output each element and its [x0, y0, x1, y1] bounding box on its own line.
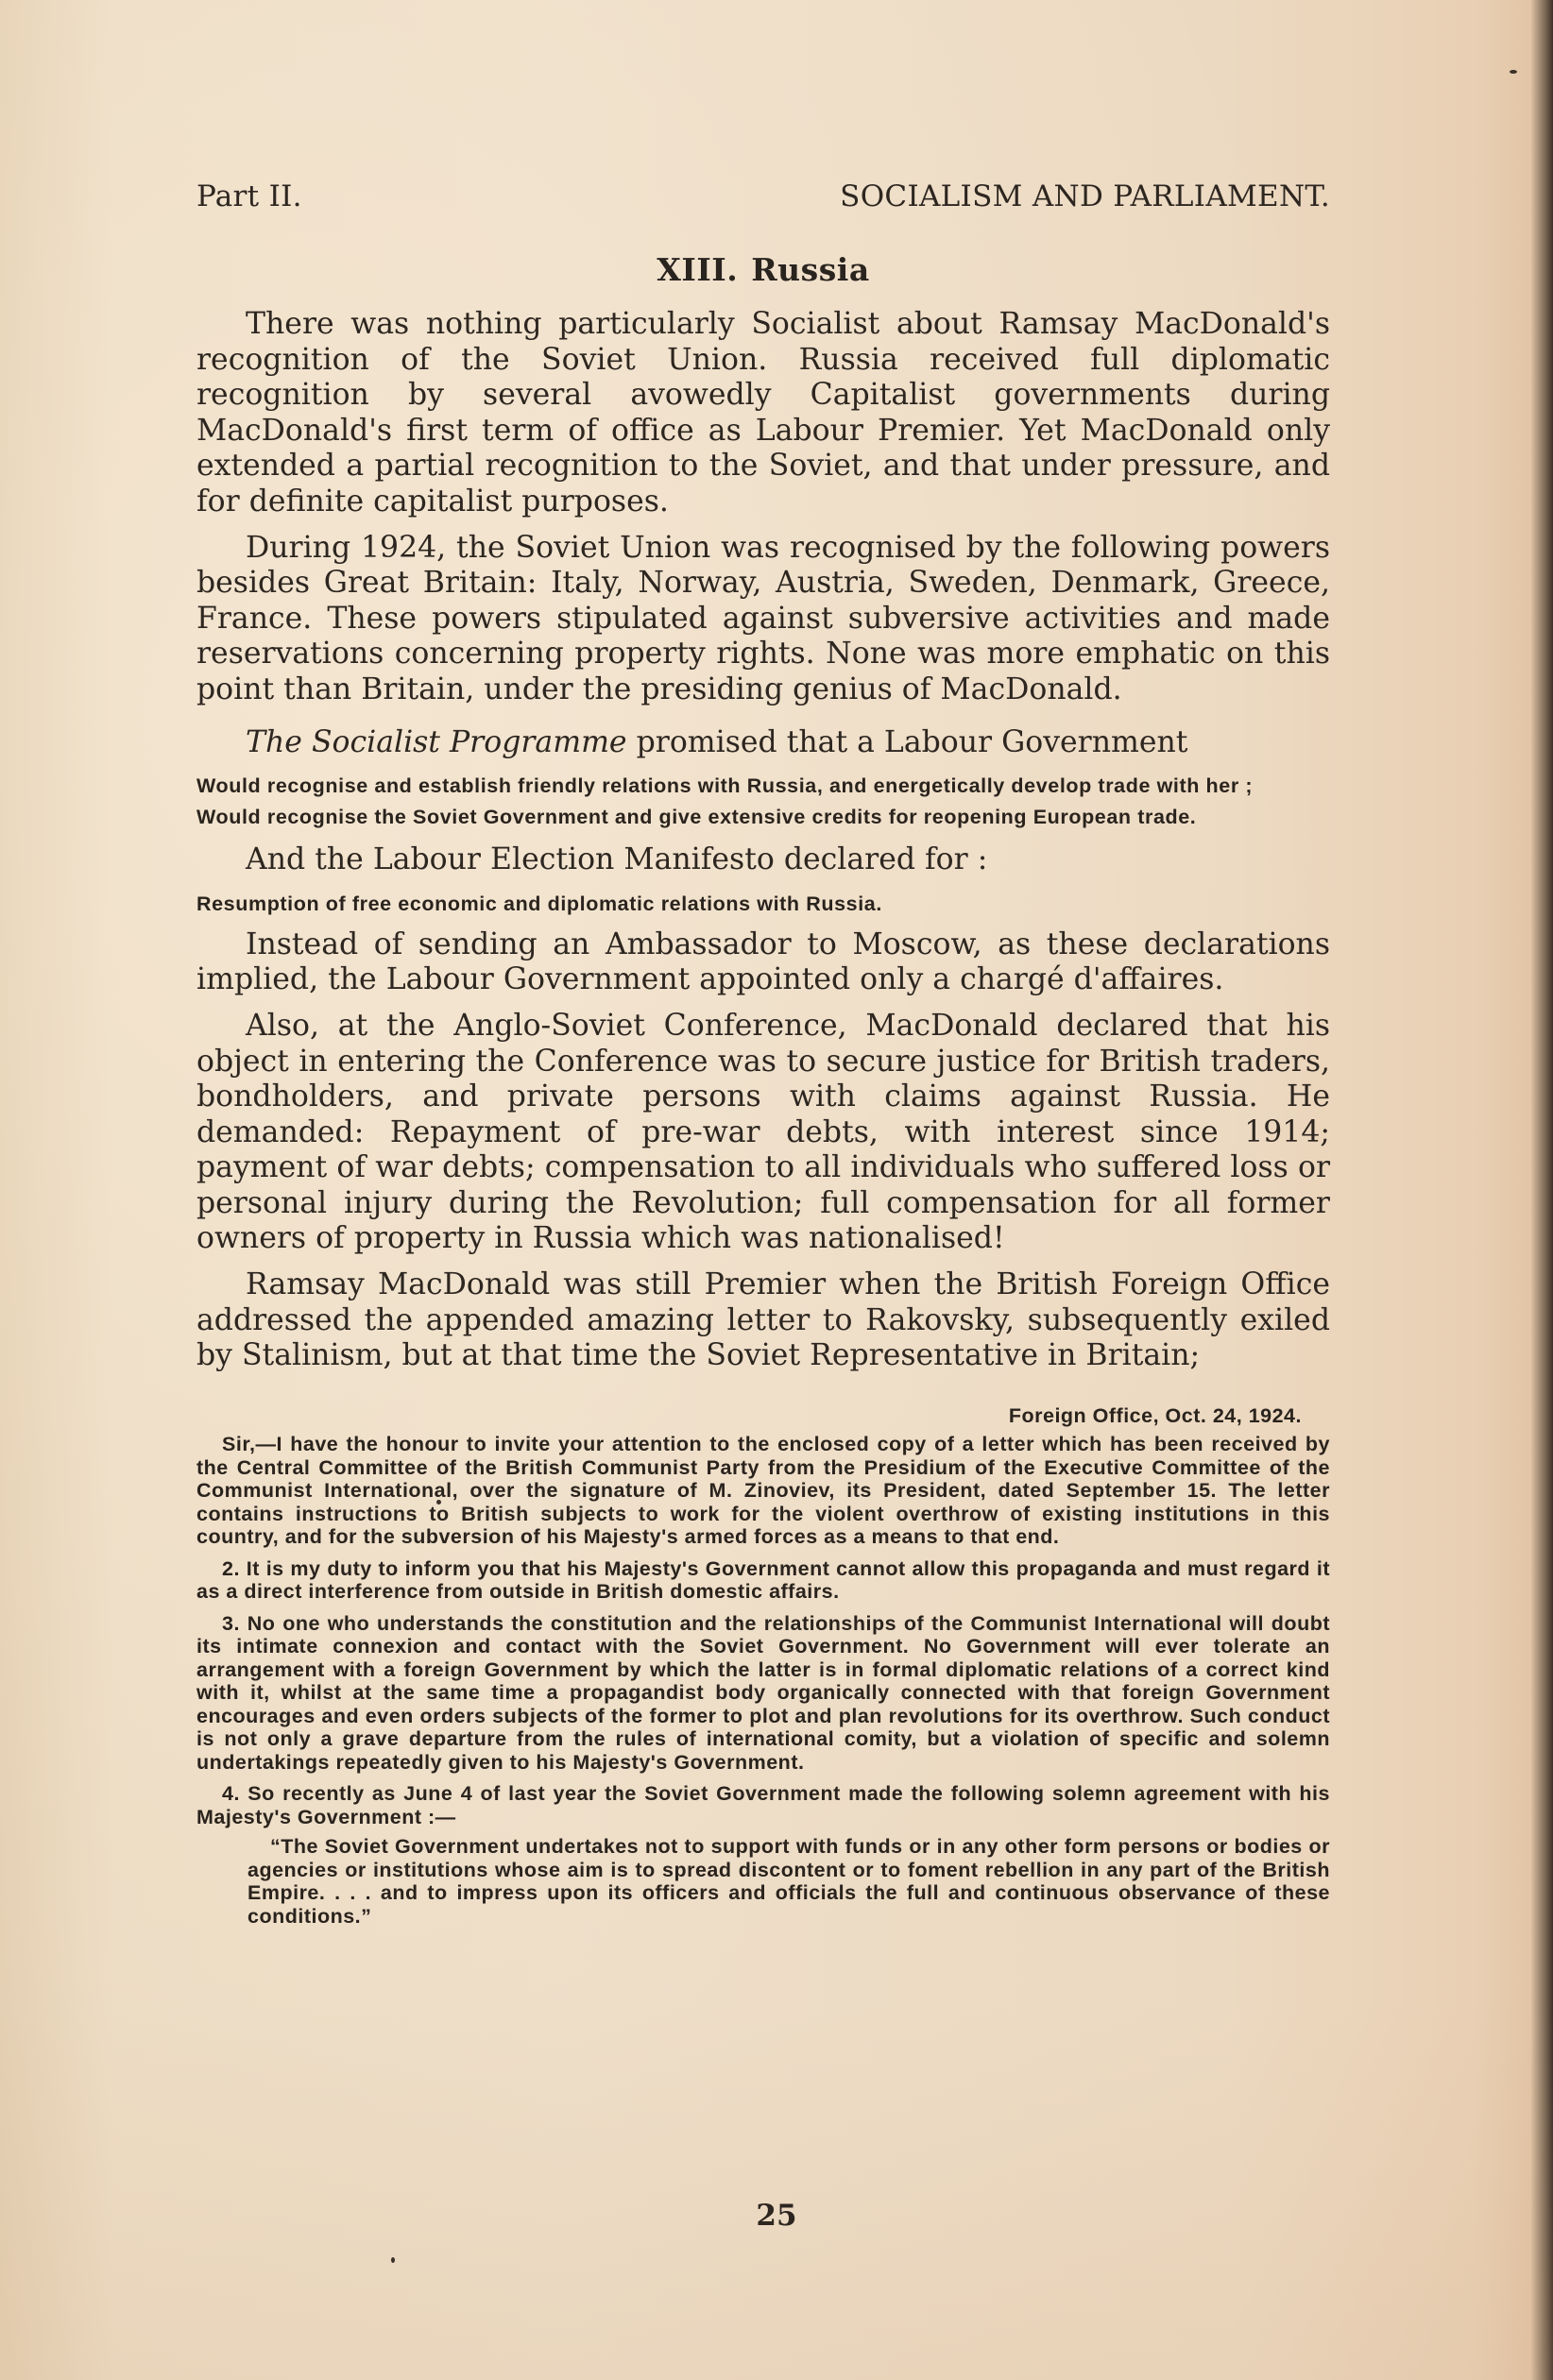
letter-dateline: Foreign Office, Oct. 24, 1924.	[196, 1404, 1330, 1428]
paragraph-ambassador: Instead of sending an Ambassador to Mosc…	[196, 927, 1330, 998]
paragraph-conference: Also, at the Anglo-Soviet Conference, Ma…	[196, 1009, 1330, 1257]
programme-intro-text: promised that a Labour Government	[627, 725, 1188, 759]
chapter-heading: XIII.Russia	[196, 251, 1330, 288]
letter-paragraph-2: 2. It is my duty to inform you that his …	[196, 1557, 1330, 1604]
programme-quote-1: Would recognise and establish friendly r…	[196, 775, 1330, 796]
chapter-number: XIII.	[657, 251, 738, 288]
part-label: Part II.	[196, 179, 302, 213]
paper-speck	[436, 1500, 441, 1504]
paragraph-recognition: There was nothing particularly Socialist…	[196, 307, 1330, 520]
letter-paragraph-3: 3. No one who understands the constituti…	[196, 1612, 1330, 1775]
letter-paragraph-4: 4. So recently as June 4 of last year th…	[196, 1782, 1330, 1828]
section-title: SOCIALISM AND PARLIAMENT.	[840, 179, 1330, 213]
page-content: Part II. SOCIALISM AND PARLIAMENT. XIII.…	[196, 179, 1330, 1928]
chapter-title: Russia	[751, 251, 870, 288]
paragraph-rakovsky: Ramsay MacDonald was still Premier when …	[196, 1267, 1330, 1374]
agreement-quote: “The Soviet Government undertakes not to…	[196, 1835, 1330, 1928]
paragraph-manifesto-intro: And the Labour Election Manifesto declar…	[196, 842, 1330, 878]
paragraph-programme-intro: The Socialist Programme promised that a …	[196, 725, 1330, 761]
paper-speck	[391, 2257, 395, 2263]
programme-quote-2: Would recognise the Soviet Government an…	[196, 807, 1330, 827]
paragraph-1924-powers: During 1924, the Soviet Union was recogn…	[196, 531, 1330, 708]
paper-speck	[1510, 70, 1517, 74]
letter-paragraph-1: Sir,—I have the honour to invite your at…	[196, 1433, 1330, 1549]
page-number: 25	[0, 2199, 1553, 2233]
manifesto-quote: Resumption of free economic and diplomat…	[196, 893, 1330, 914]
running-head: Part II. SOCIALISM AND PARLIAMENT.	[196, 179, 1330, 213]
programme-title: The Socialist Programme	[246, 725, 627, 759]
foreign-office-letter: Foreign Office, Oct. 24, 1924. Sir,—I ha…	[196, 1404, 1330, 1929]
book-page: Part II. SOCIALISM AND PARLIAMENT. XIII.…	[0, 0, 1553, 2380]
